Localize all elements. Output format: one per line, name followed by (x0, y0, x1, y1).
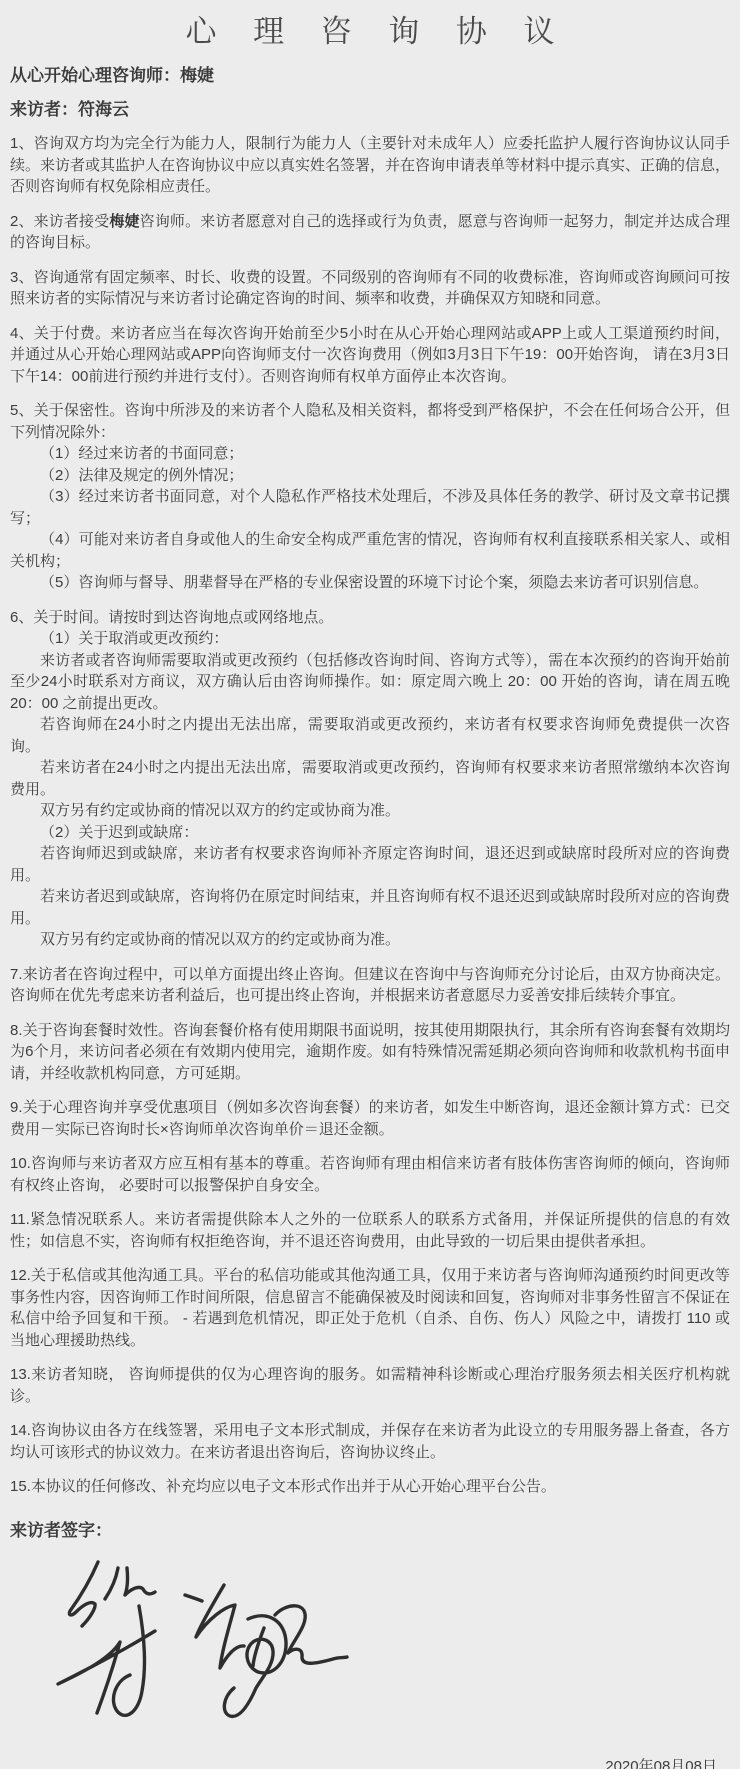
visitor-label: 来访者： (10, 100, 78, 119)
clause-14: 14.咨询协议由各方在线签署，采用电子文本形式制成，并保存在来访者为此设立的专用… (10, 1420, 730, 1463)
clause-5-item-2: （2）法律及规定的例外情况； (10, 465, 730, 487)
document-title: 心 理 咨 询 协 议 (10, 12, 730, 52)
clause-5-item-4: （4）可能对来访者自身或他人的生命安全构成严重危害的情况，咨询师有权利直接联系相… (10, 529, 730, 572)
clause-text: 若来访者迟到或缺席，咨询将仍在原定时间结束，并且咨询师有权不退还迟到或缺席时段所… (10, 888, 730, 927)
clause-12: 12.关于私信或其他沟通工具。平台的私信功能或其他沟通工具，仅用于来访者与咨询师… (10, 1265, 730, 1351)
clause-5: 5、关于保密性。咨询中所涉及的来访者个人隐私及相关资料，都将受到严格保护，不会在… (10, 400, 730, 443)
clause-text: 1、咨询双方均为完全行为能力人，限制行为能力人（主要针对未成年人）应委托监护人履… (10, 135, 730, 195)
clause-9: 9.关于心理咨询并享受优惠项目（例如多次咨询套餐）的来访者，如发生中断咨询，退还… (10, 1097, 730, 1140)
clause-6-item-2-text-2: 若来访者迟到或缺席，咨询将仍在原定时间结束，并且咨询师有权不退还迟到或缺席时段所… (10, 886, 730, 929)
clause-text: 14.咨询协议由各方在线签署，采用电子文本形式制成，并保存在来访者为此设立的专用… (10, 1422, 730, 1461)
agreement-date: 2020年08月08日 (10, 1756, 730, 1769)
counselor-label: 从心开始心理咨询师： (10, 66, 180, 85)
clause-text: 2、来访者接受 (10, 213, 109, 230)
signature-label: 来访者签字： (10, 1520, 730, 1541)
clause-text: （1）经过来访者的书面同意； (40, 445, 243, 462)
clause-8: 8.关于咨询套餐时效性。咨询套餐价格有使用期限书面说明，按其使用期限执行，其余所… (10, 1020, 730, 1085)
clause-5-item-1: （1）经过来访者的书面同意； (10, 443, 730, 465)
clause-text: 8.关于咨询套餐时效性。咨询套餐价格有使用期限书面说明，按其使用期限执行，其余所… (10, 1022, 730, 1082)
clause-6-item-1: （1）关于取消或更改预约： (10, 628, 730, 650)
clause-text: 若来访者在24小时之内提出无法出席，需要取消或更改预约，咨询师有权要求来访者照常… (10, 759, 730, 798)
clause-text: 9.关于心理咨询并享受优惠项目（例如多次咨询套餐）的来访者，如发生中断咨询，退还… (10, 1099, 730, 1138)
clause-text: 13.来访者知晓， 咨询师提供的仅为心理咨询的服务。如需精神科诊断或心理治疗服务… (10, 1366, 730, 1405)
clause-6-item-1-text-2: 若咨询师在24小时之内提出无法出席，需要取消或更改预约，来访者有权要求咨询师免费… (10, 714, 730, 757)
clause-text: 双方另有约定或协商的情况以双方的约定或协商为准。 (40, 802, 400, 819)
clause-text: 11.紧急情况联系人。来访者需提供除本人之外的一位联系人的联系方式备用，并保证所… (10, 1211, 730, 1250)
clause-text: 若咨询师在24小时之内提出无法出席，需要取消或更改预约，来访者有权要求咨询师免费… (10, 716, 730, 755)
clause-6-item-1-text-4: 双方另有约定或协商的情况以双方的约定或协商为准。 (10, 800, 730, 822)
clause-1: 1、咨询双方均为完全行为能力人，限制行为能力人（主要针对未成年人）应委托监护人履… (10, 133, 730, 198)
clause-text: 7.来访者在咨询过程中，可以单方面提出终止咨询。但建议在咨询中与咨询师充分讨论后… (10, 966, 730, 1005)
clause-text: 双方另有约定或协商的情况以双方的约定或协商为准。 (40, 931, 400, 948)
clause-text: （1）关于取消或更改预约： (40, 630, 228, 647)
clauses-list: 1、咨询双方均为完全行为能力人，限制行为能力人（主要针对未成年人）应委托监护人履… (10, 133, 730, 1498)
clause-5-item-5: （5）咨询师与督导、朋辈督导在严格的专业保密设置的环境下讨论个案，须隐去来访者可… (10, 572, 730, 594)
clause-text: （3）经过来访者书面同意，对个人隐私作严格技术处理后，不涉及具体任务的教学、研讨… (10, 488, 730, 527)
clause-text: 若咨询师迟到或缺席，来访者有权要求咨询师补齐原定咨询时间，退还迟到或缺席时段所对… (10, 845, 730, 884)
signature-handwriting-image (52, 1558, 352, 1730)
visitor-signature (52, 1558, 730, 1730)
clause-text: 来访者或者咨询师需要取消或更改预约（包括修改咨询时间、咨询方式等），需在本次预约… (10, 652, 730, 712)
clause-text: 6、关于时间。请按时到达咨询地点或网络地点。 (10, 609, 333, 626)
clause-15: 15.本协议的任何修改、补充均应以电子文本形式作出并于从心开始心理平台公告。 (10, 1476, 730, 1498)
clause-text: （4）可能对来访者自身或他人的生命安全构成严重危害的情况，咨询师有权利直接联系相… (10, 531, 730, 570)
clause-4: 4、关于付费。来访者应当在每次咨询开始前至少5小时在从心开始心理网站或APP上或… (10, 323, 730, 388)
visitor-name: 符海云 (78, 100, 129, 119)
clause-bold-text: 梅婕 (109, 213, 139, 230)
visitor-line: 来访者：符海云 (10, 99, 730, 120)
counselor-line: 从心开始心理咨询师：梅婕 (10, 65, 730, 86)
clause-6-item-1-text-1: 来访者或者咨询师需要取消或更改预约（包括修改咨询时间、咨询方式等），需在本次预约… (10, 650, 730, 715)
clause-6-item-1-text-3: 若来访者在24小时之内提出无法出席，需要取消或更改预约，咨询师有权要求来访者照常… (10, 757, 730, 800)
clause-6-item-2: （2）关于迟到或缺席： (10, 822, 730, 844)
clause-10: 10.咨询师与来访者双方应互相有基本的尊重。若咨询师有理由相信来访者有肢体伤害咨… (10, 1153, 730, 1196)
clause-7: 7.来访者在咨询过程中，可以单方面提出终止咨询。但建议在咨询中与咨询师充分讨论后… (10, 964, 730, 1007)
clause-text: 12.关于私信或其他沟通工具。平台的私信功能或其他沟通工具，仅用于来访者与咨询师… (10, 1267, 730, 1349)
clause-text: 5、关于保密性。咨询中所涉及的来访者个人隐私及相关资料，都将受到严格保护，不会在… (10, 402, 730, 441)
counselor-name: 梅婕 (180, 66, 214, 85)
clause-11: 11.紧急情况联系人。来访者需提供除本人之外的一位联系人的联系方式备用，并保证所… (10, 1209, 730, 1252)
clause-text: （2）法律及规定的例外情况； (40, 467, 243, 484)
clause-13: 13.来访者知晓， 咨询师提供的仅为心理咨询的服务。如需精神科诊断或心理治疗服务… (10, 1364, 730, 1407)
clause-6-item-2-text-3: 双方另有约定或协商的情况以双方的约定或协商为准。 (10, 929, 730, 951)
clause-text: （2）关于迟到或缺席： (40, 824, 198, 841)
clause-text: 10.咨询师与来访者双方应互相有基本的尊重。若咨询师有理由相信来访者有肢体伤害咨… (10, 1155, 730, 1194)
agreement-document: 心 理 咨 询 协 议 从心开始心理咨询师：梅婕 来访者：符海云 1、咨询双方均… (0, 0, 740, 1769)
clause-3: 3、咨询通常有固定频率、时长、收费的设置。不同级别的咨询师有不同的收费标准，咨询… (10, 267, 730, 310)
clause-text: 3、咨询通常有固定频率、时长、收费的设置。不同级别的咨询师有不同的收费标准，咨询… (10, 269, 730, 308)
clause-5-item-3: （3）经过来访者书面同意，对个人隐私作严格技术处理后，不涉及具体任务的教学、研讨… (10, 486, 730, 529)
clause-text: 15.本协议的任何修改、补充均应以电子文本形式作出并于从心开始心理平台公告。 (10, 1478, 556, 1495)
clause-6-item-2-text-1: 若咨询师迟到或缺席，来访者有权要求咨询师补齐原定咨询时间，退还迟到或缺席时段所对… (10, 843, 730, 886)
clause-6: 6、关于时间。请按时到达咨询地点或网络地点。 (10, 607, 730, 629)
clause-2: 2、来访者接受梅婕咨询师。来访者愿意对自己的选择或行为负责，愿意与咨询师一起努力… (10, 211, 730, 254)
clause-text: 4、关于付费。来访者应当在每次咨询开始前至少5小时在从心开始心理网站或APP上或… (10, 325, 730, 385)
clause-text: （5）咨询师与督导、朋辈督导在严格的专业保密设置的环境下讨论个案，须隐去来访者可… (40, 574, 708, 591)
